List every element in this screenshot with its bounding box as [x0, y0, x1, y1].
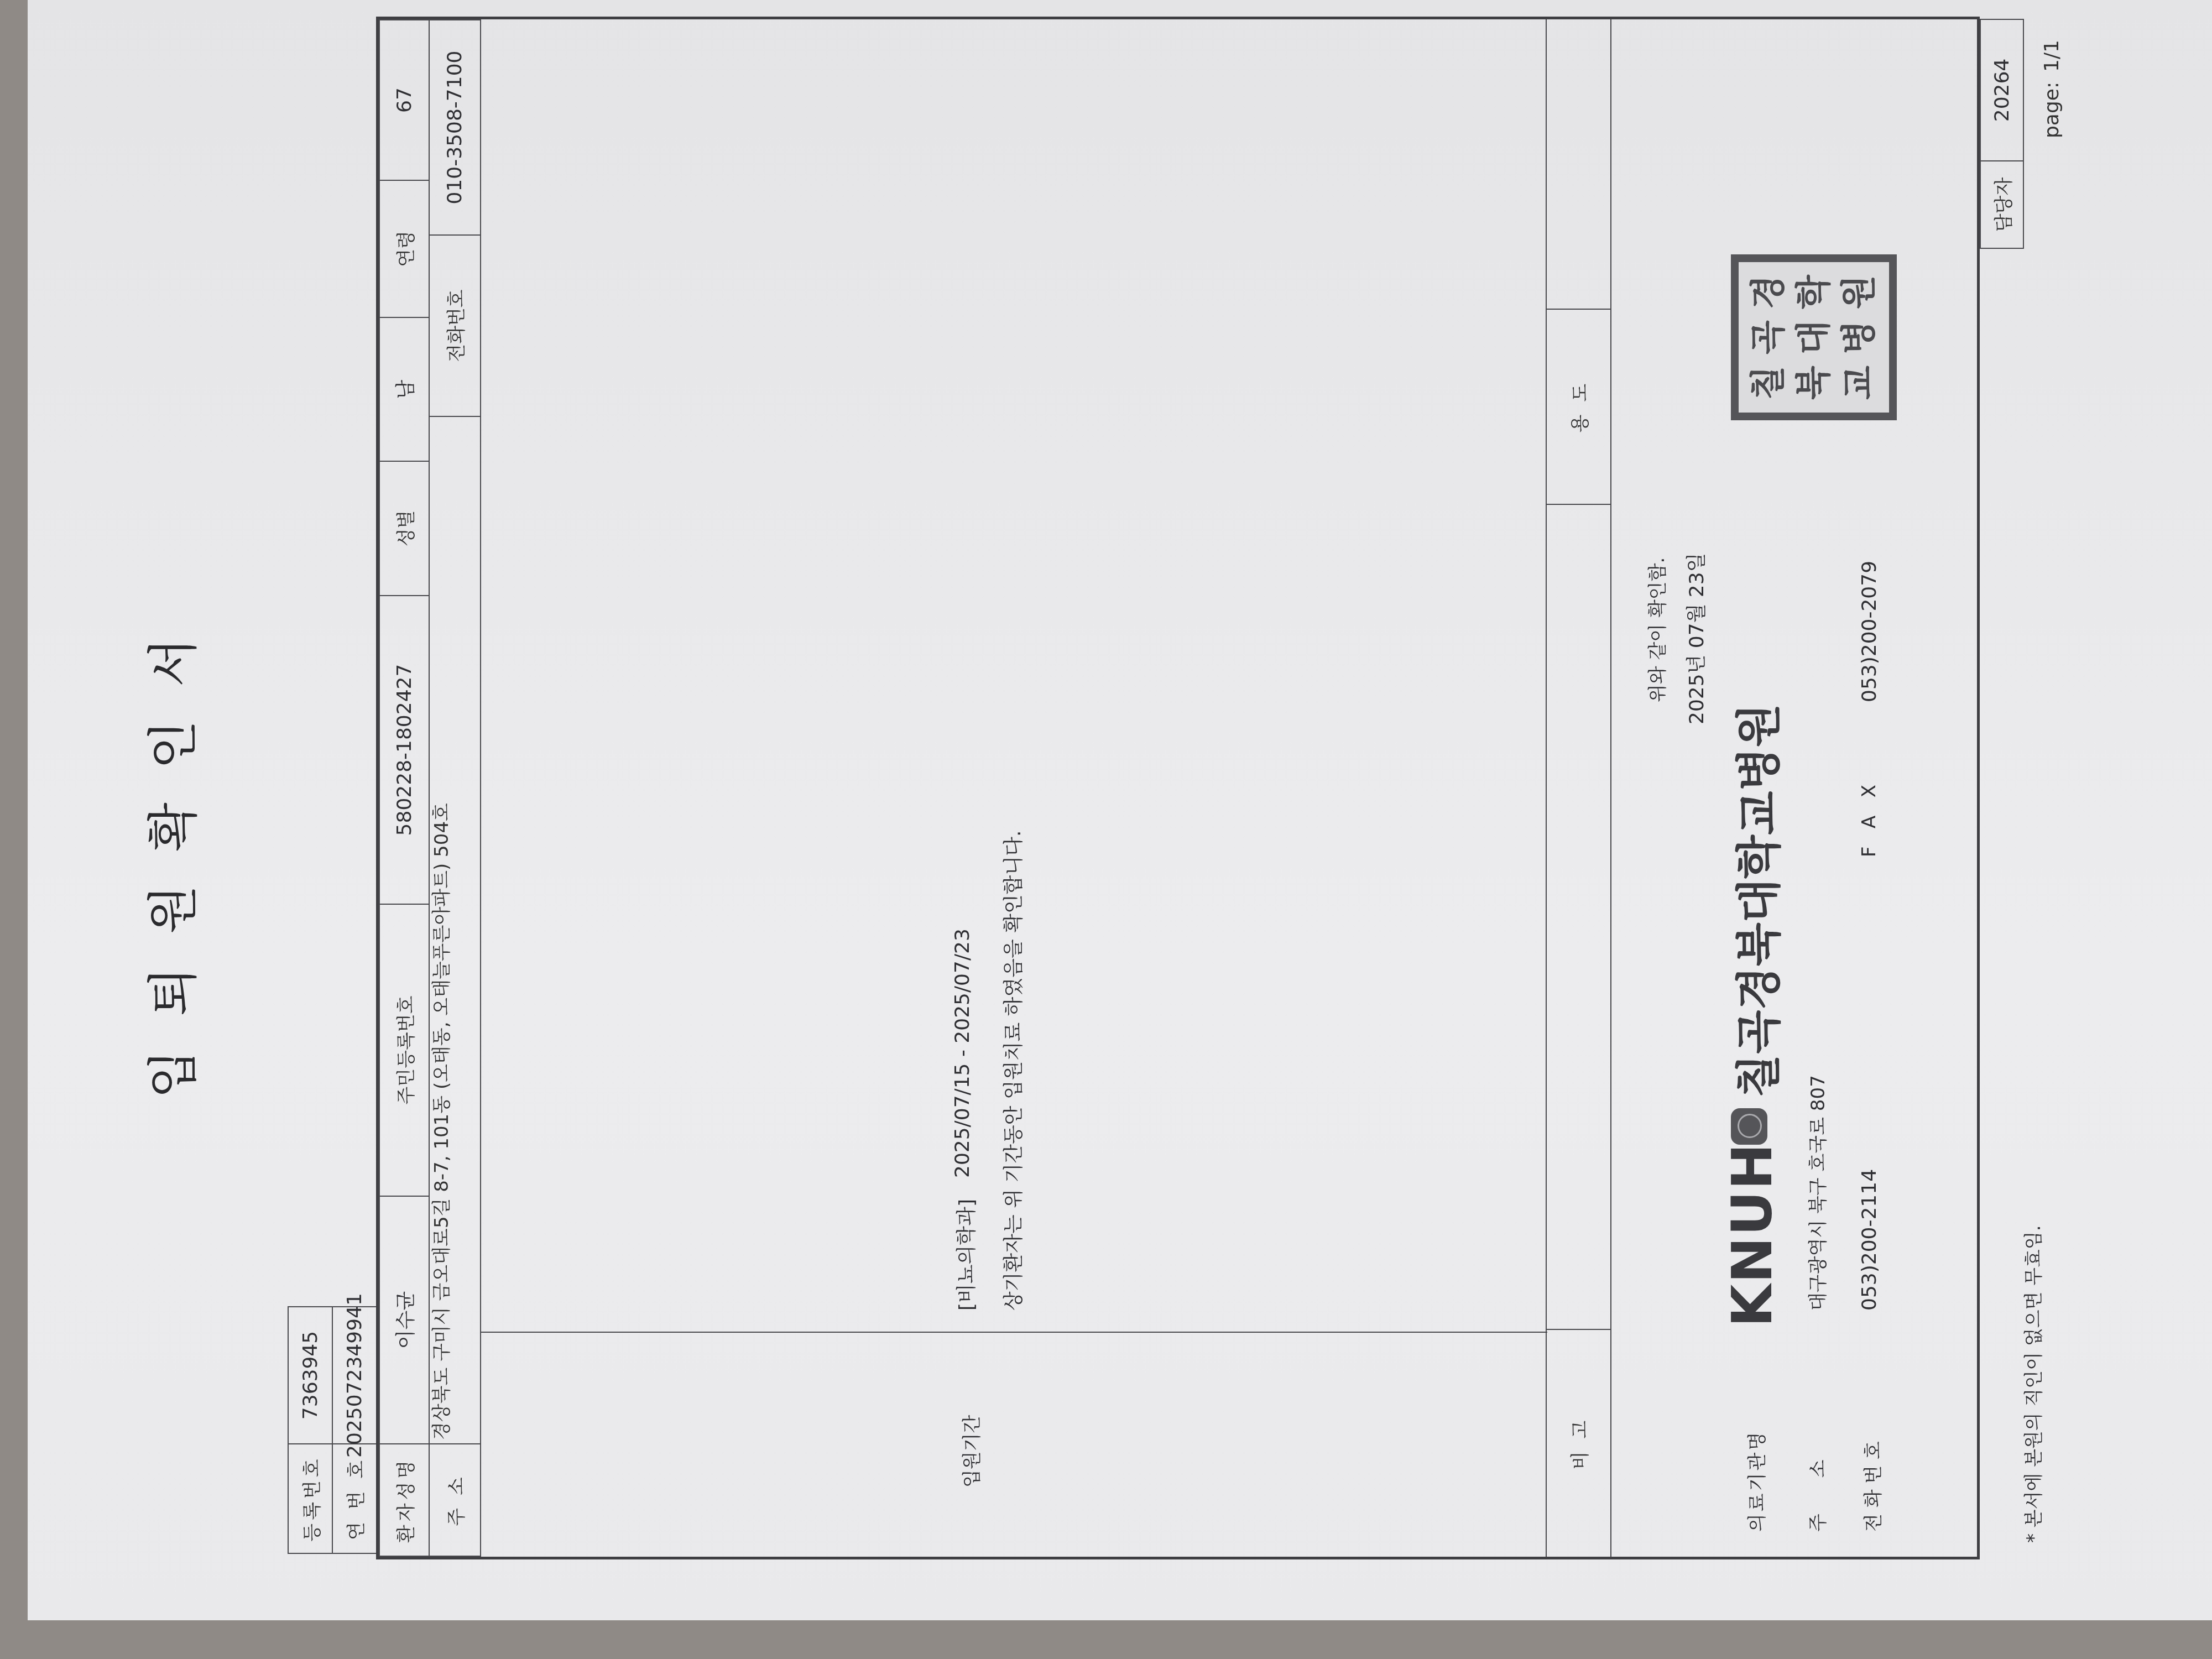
staff-id: 20264 — [1980, 19, 2024, 161]
purpose-divider-right — [1546, 309, 1611, 310]
institution-phone: 053)200-2114 — [1858, 1169, 1881, 1311]
seal-char: 대 — [1792, 315, 1836, 359]
remarks-value — [1547, 505, 1610, 1329]
seal-char: 곡 — [1746, 315, 1791, 359]
resident-no-value: 580228-1802427 — [379, 595, 430, 905]
remarks-label: 비 고 — [1546, 1330, 1611, 1557]
serial-no-label: 연 번 호 — [332, 1443, 377, 1554]
serial-no-value: 2025072349941 — [332, 1306, 377, 1444]
institution-address: 대구광역시 북구 호국로 807 — [1803, 1075, 1830, 1311]
admission-department: [비뇨의학과] — [951, 1199, 979, 1311]
remarks-bottom-line — [1610, 19, 1611, 1557]
purpose-label: 용 도 — [1547, 309, 1610, 504]
confirmation-text: 위와 같이 확인함. — [1642, 557, 1670, 702]
hospital-emblem-icon — [1731, 1108, 1767, 1145]
admission-period: 2025/07/15 - 2025/07/23 — [951, 928, 974, 1178]
resident-no-label: 주민등록번호 — [379, 904, 430, 1197]
purpose-value — [1547, 21, 1610, 309]
address-value: 경상북도 구미시 금오대로5길 8-7, 101동 (오태동, 오태늘푸른아파트… — [429, 416, 481, 1444]
remarks-divider — [1546, 1329, 1611, 1330]
admission-divider — [480, 1332, 1547, 1333]
page-number: 1/1 — [2041, 40, 2063, 72]
purpose-divider-left — [1546, 504, 1611, 505]
seal-char: 경 — [1746, 270, 1791, 314]
footer-note: * 본서에 본원의 직인이 없으면 무효임. — [2018, 1225, 2046, 1543]
address-label: 주 소 — [429, 1443, 481, 1557]
institution-phone-label: 전 화 번 호 — [1858, 1441, 1885, 1532]
seal-char: 원 — [1837, 270, 1881, 314]
admission-period-label: 입원기간 — [957, 1415, 984, 1488]
registration-no-value: 7363945 — [288, 1306, 333, 1444]
staff-label: 담당자 — [1980, 160, 2024, 249]
sex-value: 남 — [379, 317, 430, 462]
admission-statement: 상기환자는 위 기간동안 입원치료 하였음을 확인합니다. — [998, 830, 1026, 1311]
age-value: 67 — [379, 19, 430, 181]
phone-label: 전화번호 — [429, 234, 481, 417]
age-label: 연령 — [379, 180, 430, 318]
seal-char: 북 — [1792, 361, 1836, 405]
sex-label: 성별 — [379, 461, 430, 596]
page-label: page: — [2041, 82, 2063, 138]
institution-fax: 053)200-2079 — [1858, 561, 1881, 702]
seal-char: 학 — [1792, 270, 1836, 314]
institution-fax-label: F A X — [1858, 785, 1880, 857]
page-title: 입퇴원확인서 — [133, 83, 206, 1620]
seal-char: 칠 — [1746, 361, 1791, 405]
patient-name-value: 이수균 — [379, 1196, 430, 1444]
phone-value: 010-3508-7100 — [429, 19, 481, 236]
patient-name-label: 환자성명 — [379, 1443, 430, 1557]
confirmation-date: 2025년 07월 23일 — [1681, 553, 1709, 724]
institution-name-label: 의료기관명 — [1742, 1430, 1769, 1532]
seal-char: 병 — [1837, 315, 1881, 359]
institution-address-label: 주 소 — [1803, 1459, 1830, 1532]
knuh-logo: KNUH — [1720, 1142, 1785, 1327]
official-seal: 칠 곡 경 북 대 학 교 병 원 — [1731, 254, 1897, 420]
document-page: 입퇴원확인서 등록번호 7363945 연 번 호 2025072349941 … — [28, 0, 2212, 1620]
seal-char: 교 — [1837, 361, 1881, 405]
institution-name: 칠곡경북대학교병원 — [1723, 703, 1788, 1098]
registration-no-label: 등록번호 — [288, 1443, 333, 1554]
